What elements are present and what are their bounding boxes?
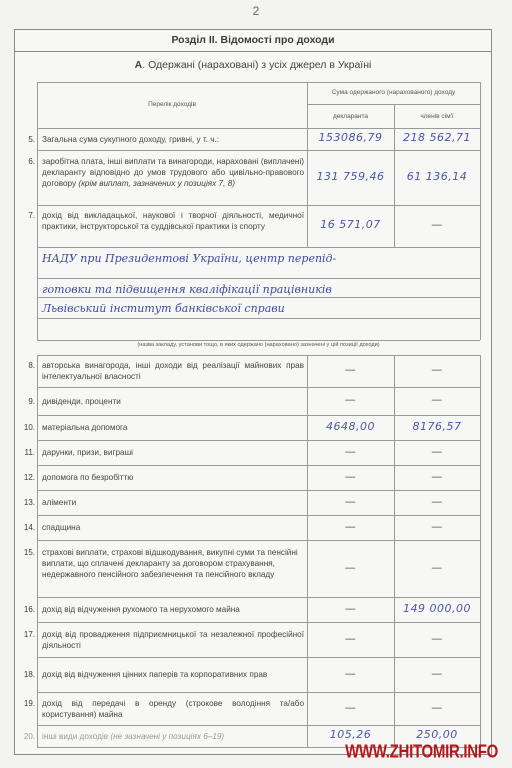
- row-value-declarant: —: [307, 602, 394, 615]
- row-number: 10.: [15, 423, 35, 432]
- row-number: 14.: [15, 523, 35, 532]
- row-label-note: (крім виплат, зазначених у позиціях 7, 8…: [78, 179, 235, 188]
- row-label-text: Загальна сума сукупного доходу, гривні, …: [42, 135, 219, 144]
- table-rule: [37, 297, 480, 298]
- row-label-text: дивіденди, проценти: [42, 397, 121, 406]
- row-label-note: (не зазначені у позиціях 6–19): [110, 732, 224, 741]
- row-value-family: —: [394, 445, 480, 458]
- table-rule: [37, 205, 480, 206]
- table-rule: [37, 340, 480, 341]
- row-value-declarant: —: [307, 561, 394, 574]
- row-number: 17.: [15, 630, 35, 639]
- table-rule: [37, 622, 480, 623]
- table-rule: [37, 247, 480, 248]
- row-number: 12.: [15, 473, 35, 482]
- row-value-family: —: [394, 363, 480, 376]
- table-rule: [37, 278, 480, 279]
- table-rule: [480, 82, 481, 247]
- row-value-declarant: —: [307, 363, 394, 376]
- row-label: спадщина: [42, 522, 304, 533]
- row-number: 19.: [15, 699, 35, 708]
- row-value-family: —: [394, 667, 480, 680]
- row-value-family: 61 136,14: [394, 170, 480, 183]
- row-label-text: інші види доходів: [42, 732, 108, 741]
- row-label-text: допомога по безробіттю: [42, 473, 133, 482]
- row-number: 8.: [15, 361, 35, 370]
- row-value-family: 149 000,00: [394, 602, 480, 615]
- table-rule: [37, 82, 480, 83]
- row-value-declarant: —: [307, 470, 394, 483]
- row-value-family: —: [394, 632, 480, 645]
- table-rule: [307, 355, 308, 747]
- table-rule: [37, 128, 480, 129]
- table-rule: [37, 725, 480, 726]
- row-label-text: дохід від передачі в оренду (строкове во…: [42, 699, 304, 719]
- table-rule: [37, 387, 480, 388]
- table-rule: [37, 355, 38, 747]
- row-number: 7.: [15, 211, 35, 220]
- row-label-text: дарунки, призи, виграші: [42, 448, 133, 457]
- row-label: страхові виплати, страхові відшкодування…: [42, 547, 304, 580]
- table-rule: [37, 150, 480, 151]
- page-number: 2: [0, 4, 512, 18]
- row-label: Загальна сума сукупного доходу, гривні, …: [42, 134, 304, 145]
- row-value-declarant: —: [307, 632, 394, 645]
- row-label-text: аліменти: [42, 498, 76, 507]
- row-label-text: авторська винагорода, інші доходи від ре…: [42, 361, 304, 381]
- table-rule: [37, 355, 480, 356]
- table-rule: [37, 515, 480, 516]
- subsection-text: . Одержані (нараховані) з усіх джерел в …: [142, 59, 371, 71]
- row-label-text: спадщина: [42, 523, 80, 532]
- row-label: дарунки, призи, виграші: [42, 447, 304, 458]
- row-number: 9.: [15, 397, 35, 406]
- row-label-text: страхові виплати, страхові відшкодування…: [42, 548, 298, 579]
- header-family: членів сім'ї: [394, 113, 480, 120]
- row-value-declarant: —: [307, 701, 394, 714]
- row-value-family: 218 562,71: [394, 131, 480, 144]
- table-rule: [37, 415, 480, 416]
- table-rule: [37, 490, 480, 491]
- row-label-text: дохід від відчуження цінних паперів та к…: [42, 670, 267, 679]
- row-number: 13.: [15, 498, 35, 507]
- institution-line-3: Львівський інститут банківської справи: [42, 302, 478, 315]
- row-value-declarant: 105,26: [307, 728, 394, 741]
- institution-line-1: НАДУ при Президентові України, центр пер…: [42, 252, 478, 265]
- row-number: 18.: [15, 670, 35, 679]
- row-value-declarant: —: [307, 667, 394, 680]
- table-rule: [37, 692, 480, 693]
- row-number: 15.: [15, 548, 35, 557]
- subsection-title: А. Одержані (нараховані) з усіх джерел в…: [14, 59, 492, 71]
- row-value-family: —: [394, 393, 480, 406]
- row-label: допомога по безробіттю: [42, 472, 304, 483]
- row-value-family: —: [394, 218, 480, 231]
- row-label-text: дохід від провадження підприємницької та…: [42, 630, 304, 650]
- row-value-family: 8176,57: [394, 420, 480, 433]
- institution-caption: (назва закладу, установи тощо, в яких од…: [37, 342, 480, 348]
- row-label: інші види доходів (не зазначені у позиці…: [42, 731, 304, 742]
- header-amount: Сума одержаного (нарахованого) доходу: [307, 89, 480, 96]
- row-value-declarant: —: [307, 495, 394, 508]
- row-label: дохід від відчуження цінних паперів та к…: [42, 669, 304, 680]
- row-value-declarant: 16 571,07: [307, 218, 394, 231]
- row-label: аліменти: [42, 497, 304, 508]
- table-rule: [37, 318, 480, 319]
- site-watermark: WWW.ZHITOMIR.INFO: [345, 741, 498, 762]
- row-number: 16.: [15, 605, 35, 614]
- table-rule: [394, 355, 395, 747]
- table-rule: [37, 440, 480, 441]
- section-title: Розділ ІІ. Відомості про доходи: [14, 29, 492, 52]
- row-number: 5.: [15, 135, 35, 144]
- row-label: дохід від викладацької, наукової і творч…: [42, 210, 304, 232]
- table-rule: [480, 247, 481, 340]
- row-label: матеріальна допомога: [42, 422, 304, 433]
- row-label: дохід від передачі в оренду (строкове во…: [42, 698, 304, 720]
- row-label: дохід від відчуження рухомого та нерухом…: [42, 604, 304, 615]
- row-label: дивіденди, проценти: [42, 396, 304, 407]
- row-value-declarant: —: [307, 393, 394, 406]
- row-label: дохід від провадження підприємницької та…: [42, 629, 304, 651]
- row-label-text: матеріальна допомога: [42, 423, 127, 432]
- table-rule: [37, 657, 480, 658]
- table-rule: [37, 247, 38, 340]
- row-value-family: —: [394, 495, 480, 508]
- row-value-declarant: 153086,79: [307, 131, 394, 144]
- row-value-declarant: —: [307, 520, 394, 533]
- header-items: Перелік доходів: [37, 101, 307, 108]
- row-value-family: 250,00: [394, 728, 480, 741]
- row-number: 11.: [15, 448, 35, 457]
- row-number: 20.: [15, 732, 35, 741]
- row-label: заробітна плата, інші виплати та винагор…: [42, 156, 304, 189]
- row-number: 6.: [15, 157, 35, 166]
- row-value-declarant: —: [307, 445, 394, 458]
- row-label: авторська винагорода, інші доходи від ре…: [42, 360, 304, 382]
- institution-line-2: готовки та підвищення кваліфікації праці…: [42, 283, 478, 296]
- table-rule: [37, 597, 480, 598]
- row-value-family: —: [394, 470, 480, 483]
- row-label-text: дохід від викладацької, наукової і творч…: [42, 211, 304, 231]
- row-value-family: —: [394, 520, 480, 533]
- header-declarant: декларанта: [307, 113, 394, 120]
- table-rule: [37, 540, 480, 541]
- table-rule: [37, 465, 480, 466]
- row-value-declarant: 131 759,46: [307, 170, 394, 183]
- row-label-text: дохід від відчуження рухомого та нерухом…: [42, 605, 240, 614]
- row-value-family: —: [394, 701, 480, 714]
- row-value-family: —: [394, 561, 480, 574]
- row-value-declarant: 4648,00: [307, 420, 394, 433]
- table-rule: [480, 355, 481, 747]
